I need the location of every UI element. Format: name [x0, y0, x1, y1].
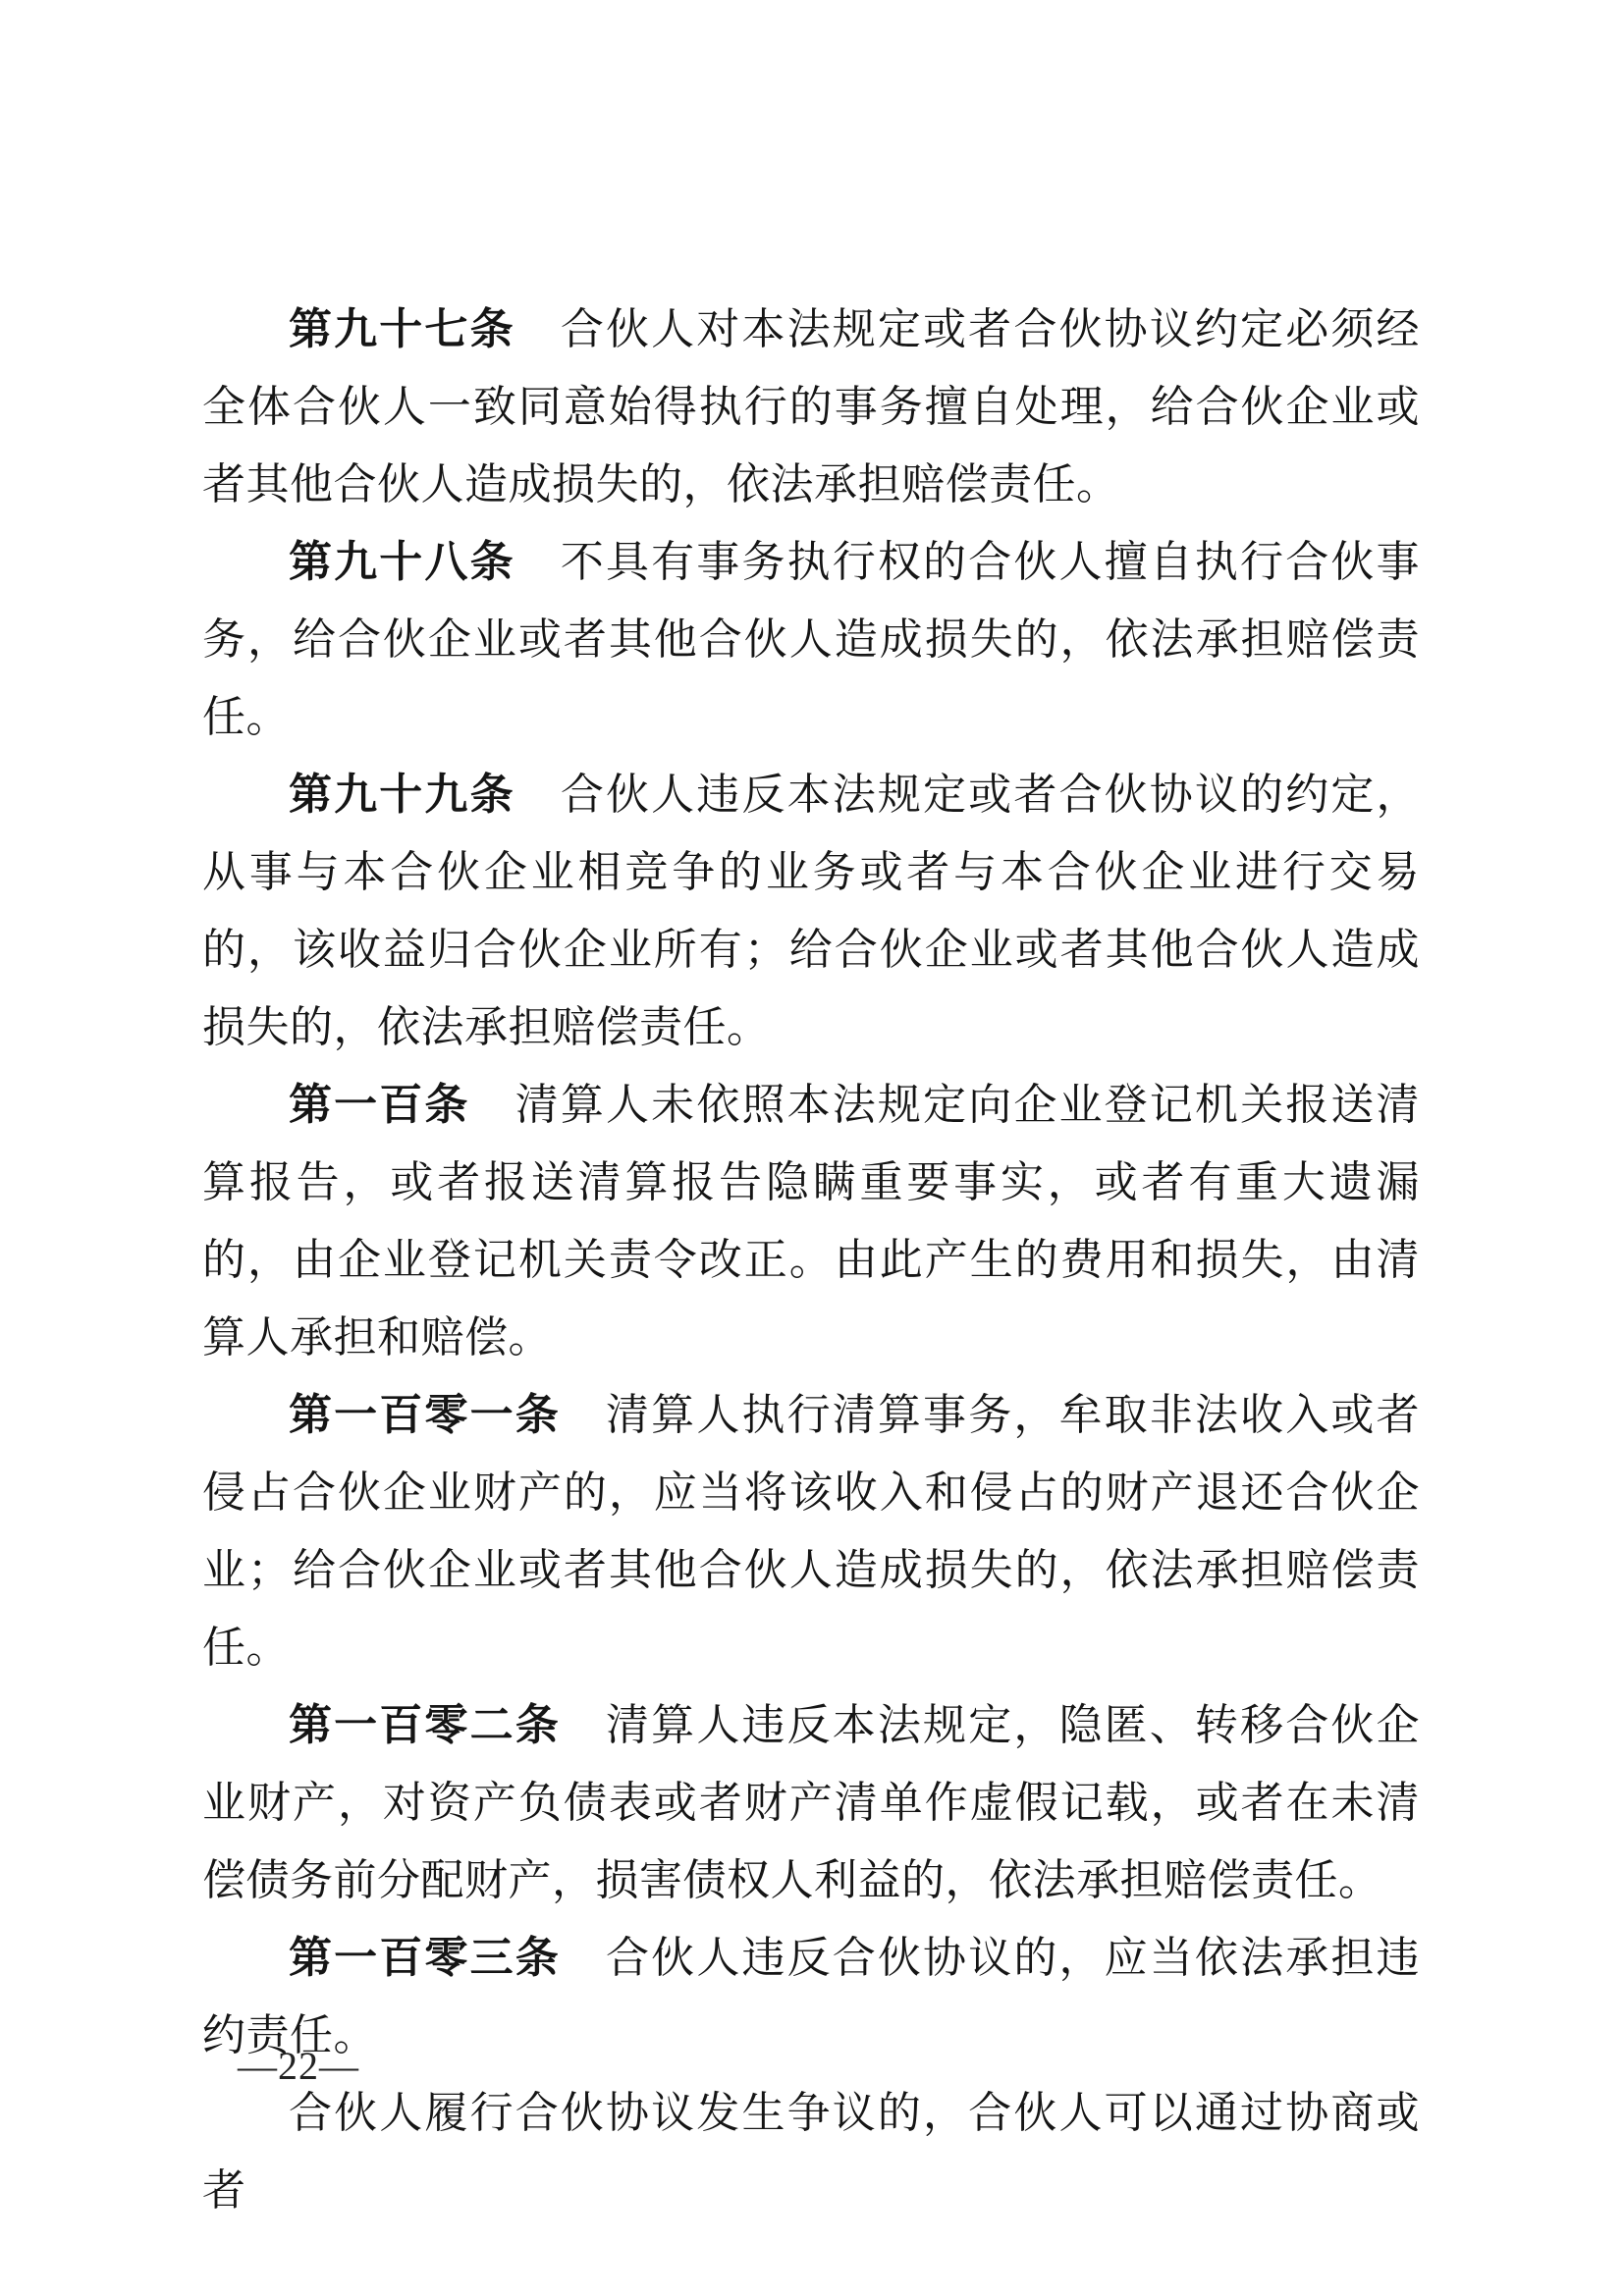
article-paragraph: 第一百零三条 合伙人违反合伙协议的，应当依法承担违约责任。 [202, 1919, 1420, 2074]
document-page: 第九十七条 合伙人对本法规定或者合伙协议约定必须经全体合伙人一致同意始得执行的事… [0, 0, 1624, 2296]
article-number: 第一百零三条 [289, 1934, 606, 1982]
article-number: 第一百零二条 [289, 1701, 606, 1749]
article-paragraph: 第九十八条 不具有事务执行权的合伙人擅自执行合伙事务，给合伙企业或者其他合伙人造… [202, 523, 1420, 756]
article-number: 第九十七条 [289, 305, 561, 353]
article-paragraph: 第九十七条 合伙人对本法规定或者合伙协议约定必须经全体合伙人一致同意始得执行的事… [202, 291, 1420, 523]
document-body: 第九十七条 合伙人对本法规定或者合伙协议约定必须经全体合伙人一致同意始得执行的事… [202, 291, 1420, 2229]
article-text: 合伙人履行合伙协议发生争议的，合伙人可以通过协商或者 [202, 2089, 1420, 2215]
article-number: 第九十八条 [289, 538, 561, 586]
article-paragraph: 第一百零二条 清算人违反本法规定，隐匿、转移合伙企业财产，对资产负债表或者财产清… [202, 1686, 1420, 1919]
article-number: 第九十九条 [289, 771, 561, 819]
article-paragraph: 第一百零一条 清算人执行清算事务，牟取非法收入或者侵占合伙企业财产的，应当将该收… [202, 1376, 1420, 1686]
page-number: —22— [238, 2044, 359, 2089]
article-number: 第一百条 [289, 1081, 515, 1129]
article-paragraph: 第一百条 清算人未依照本法规定向企业登记机关报送清算报告，或者报送清算报告隐瞒重… [202, 1066, 1420, 1376]
article-number: 第一百零一条 [289, 1391, 606, 1439]
article-paragraph: 合伙人履行合伙协议发生争议的，合伙人可以通过协商或者 [202, 2074, 1420, 2229]
article-paragraph: 第九十九条 合伙人违反本法规定或者合伙协议的约定，从事与本合伙企业相竞争的业务或… [202, 756, 1420, 1066]
